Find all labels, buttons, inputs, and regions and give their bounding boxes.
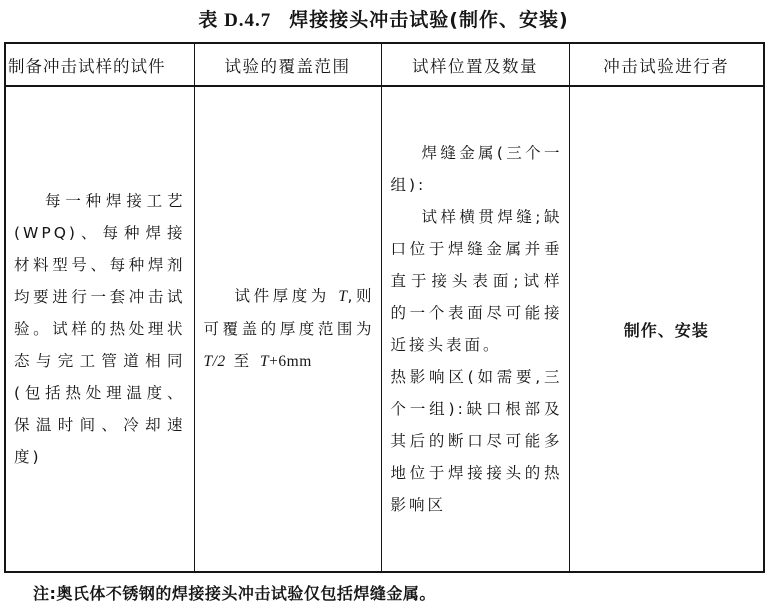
specimen-text: 每一种焊接工艺(WPQ)、每种焊接材料型号、每种焊剂均要进行一套冲击试验。试样的…	[14, 185, 186, 473]
table-caption: 焊接接头冲击试验(制作、安装)	[289, 9, 568, 31]
header-specimen: 制备冲击试样的试件	[5, 43, 194, 86]
weld-metal-title: 焊缝金属(三个一组):	[391, 137, 563, 201]
header-row: 制备冲击试样的试件 试验的覆盖范围 试样位置及数量 冲击试验进行者	[5, 43, 764, 86]
cell-coverage: 试件厚度为 T,则可覆盖的厚度范围为 T/2 至 T+6mm	[194, 86, 381, 572]
table-note: 注:奥氏体不锈钢的焊接接头冲击试验仅包括焊缝金属。	[33, 581, 436, 604]
header-performer: 冲击试验进行者	[569, 43, 764, 86]
impact-test-table: 制备冲击试样的试件 试验的覆盖范围 试样位置及数量 冲击试验进行者 每一种焊接工…	[4, 42, 765, 573]
cell-specimen: 每一种焊接工艺(WPQ)、每种焊接材料型号、每种焊剂均要进行一套冲击试验。试样的…	[5, 86, 194, 572]
header-coverage: 试验的覆盖范围	[194, 43, 381, 86]
table-row: 每一种焊接工艺(WPQ)、每种焊接材料型号、每种焊剂均要进行一套冲击试验。试样的…	[5, 86, 764, 572]
cell-location-quantity: 焊缝金属(三个一组): 试样横贯焊缝;缺口位于焊缝金属并垂直于接头表面;试样的一…	[381, 86, 569, 572]
header-location-quantity: 试样位置及数量	[381, 43, 569, 86]
cell-performer: 制作、安装	[569, 86, 764, 572]
table-number: 表 D.4.7	[198, 10, 271, 31]
coverage-prefix: 试件厚度为	[235, 287, 339, 305]
coverage-T-half: T/2	[204, 353, 226, 370]
coverage-T-plus: T	[260, 353, 269, 370]
haz-desc: 热影响区(如需要,三个一组):缺口根部及其后的断口尽可能多地位于焊接接头的热影响…	[391, 361, 563, 521]
table-title: 表 D.4.7焊接接头冲击试验(制作、安装)	[0, 5, 767, 32]
coverage-plus-6mm: +6mm	[269, 353, 312, 370]
weld-metal-desc: 试样横贯焊缝;缺口位于焊缝金属并垂直于接头表面;试样的一个表面尽可能接近接头表面…	[391, 201, 563, 361]
coverage-text: 试件厚度为 T,则可覆盖的厚度范围为 T/2 至 T+6mm	[204, 280, 375, 378]
coverage-to: 至	[226, 352, 260, 370]
